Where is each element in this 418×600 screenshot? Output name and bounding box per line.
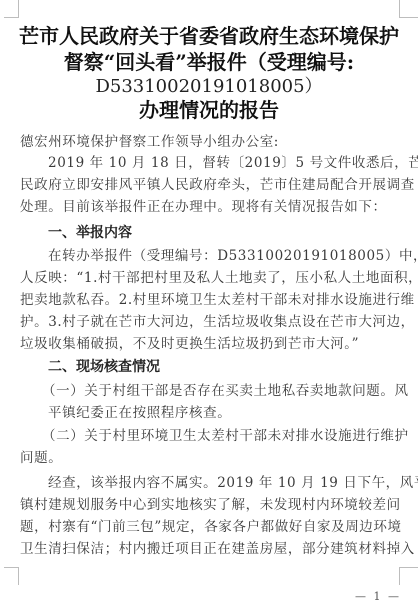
corner-mark-top-right-h	[399, 17, 418, 18]
corner-mark-bottom-left-h	[4, 567, 19, 568]
document-title-line-1: 芒市人民政府关于省委省政府生态环境保护	[0, 24, 418, 48]
document-title-line-4: 办理情况的报告	[0, 98, 418, 122]
section-2-item-1-line-2: 平镇纪委正在按照程序核查。	[48, 402, 398, 424]
finding-line-2: 镇村建规划服务中心到实地核实了解，未发现村内环境较差问	[20, 494, 398, 516]
section-1-heading: 一、举报内容	[48, 222, 132, 244]
intro-line-1: 2019 年 10 月 18 日，督转〔2019〕5 号文件收悉后，芒市人	[48, 152, 398, 174]
corner-mark-bottom-left-v	[18, 567, 19, 585]
section-2-item-2-line-2: 问题。	[20, 447, 398, 469]
addressee: 德宏州环境保护督察工作领导小组办公室:	[20, 131, 398, 153]
section-1-line-2: 人反映：“1.村干部把村里及私人土地卖了，压小私人土地面积，	[20, 267, 398, 289]
corner-mark-top-left-v	[18, 0, 19, 18]
document-title-line-3: D53310020191018005）	[0, 75, 418, 99]
section-1-line-5: 垃圾收集桶破损，不及时更换生活垃圾扔到芒市大河。”	[20, 333, 398, 355]
finding-line-3: 题，村寨有“门前三包”规定，各家各户都做好自家及周边环境	[20, 516, 398, 538]
section-2-heading: 二、现场核查情况	[48, 356, 160, 378]
document-title-line-2: 督察“回头看”举报件（受理编号:	[0, 50, 418, 74]
intro-line-3: 处理。目前该举报件正在办理中。现将有关情况报告如下：	[20, 196, 398, 218]
corner-mark-bottom-right-v	[399, 567, 400, 585]
intro-line-2: 民政府立即安排风平镇人民政府牵头，芒市住建局配合开展调查	[20, 174, 398, 196]
page-number: — 1 —	[355, 590, 401, 600]
finding-line-4: 卫生清扫保洁；村内搬迁项目正在建盖房屋，部分建筑材料掉入	[20, 538, 398, 560]
corner-mark-top-right-v	[399, 0, 400, 18]
finding-line-1: 经查，该举报内容不属实。2019 年 10 月 19 日下午，风平	[48, 472, 398, 494]
section-2-item-1-line-1: （一）关于村组干部是否存在买卖土地私吞卖地款问题。风	[42, 380, 392, 402]
corner-mark-top-left-h	[4, 17, 19, 18]
section-1-line-4: 护。3.村子就在芒市大河边，生活垃圾收集点设在芒市大河边，	[20, 311, 398, 333]
corner-mark-bottom-right-h	[399, 567, 418, 568]
section-1-line-1: 在转办举报件（受理编号：D53310020191018005）中，来电	[48, 245, 398, 267]
section-1-line-3: 把卖地款私吞。2.村里环境卫生太差村干部未对排水设施进行维	[20, 289, 398, 311]
section-2-item-2-line-1: （二）关于村里环境卫生太差村干部未对排水设施进行维护	[42, 425, 392, 447]
